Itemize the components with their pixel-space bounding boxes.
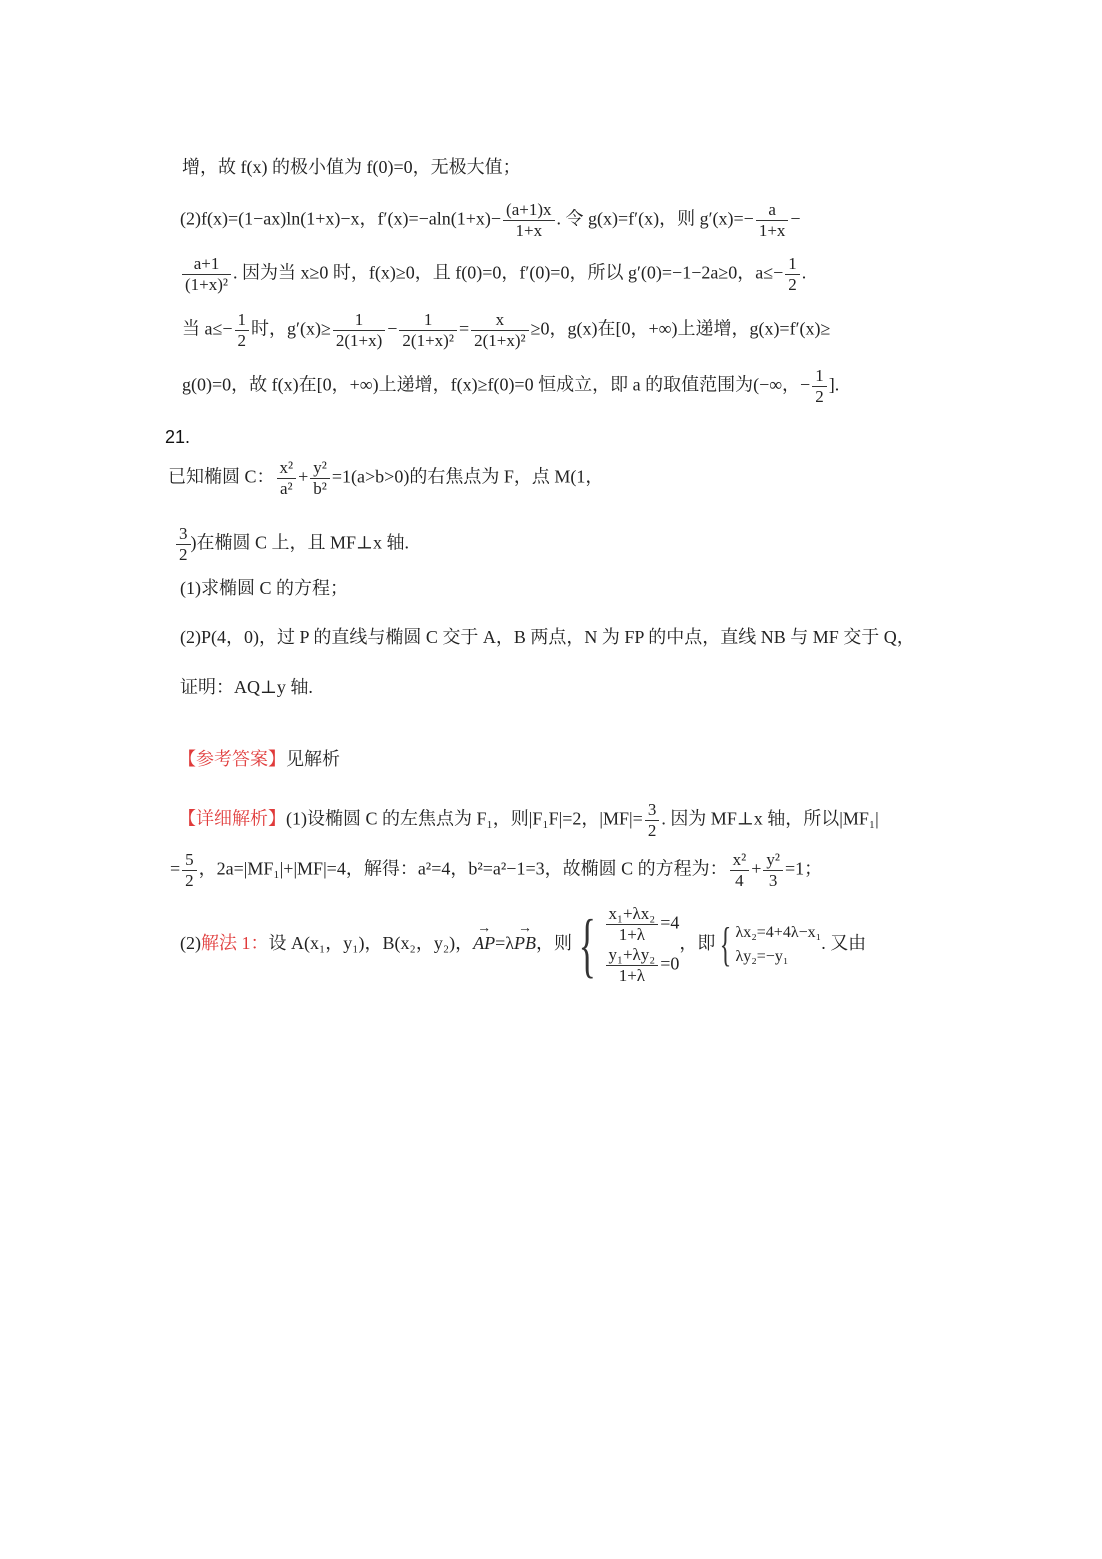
fraction: 12 bbox=[812, 366, 827, 407]
analysis-method-1: (2)解法 1：设 A(x₁，y₁)，B(x₂，y₂)，AP=λPB，则 { x… bbox=[180, 904, 866, 986]
solution-line-2: (2)f(x)=(1−ax)ln(1+x)−x，f′(x)=−aln(1+x)−… bbox=[180, 200, 801, 241]
question-stem-line-1: 已知椭圆 C：x²a²+y²b²=1(a>b>0)的右焦点为 F，点 M(1， bbox=[168, 458, 603, 499]
solution-line-4: 当 a≤−12时，g′(x)≥12(1+x)−12(1+x)²=x2(1+x)²… bbox=[182, 310, 830, 351]
fraction: a+1(1+x)² bbox=[182, 254, 231, 295]
question-part-1: (1)求椭圆 C 的方程； bbox=[180, 577, 348, 599]
fraction: 12(1+x)² bbox=[399, 310, 457, 351]
question-part-2-line-1: (2)P(4，0)，过 P 的直线与椭圆 C 交于 A，B 两点，N 为 FP … bbox=[180, 626, 915, 648]
fraction: (a+1)x1+x bbox=[503, 200, 554, 241]
fraction: 32 bbox=[176, 524, 191, 565]
fraction: y²3 bbox=[763, 850, 783, 891]
text: (2)f(x)=(1−ax)ln(1+x)−x，f′(x)=−aln(1+x)− bbox=[180, 209, 501, 229]
analysis-line-2: =52，2a=|MF₁|+|MF|=4，解得：a²=4，b²=a²−1=3，故椭… bbox=[170, 850, 822, 891]
question-number: 21. bbox=[165, 426, 190, 448]
solution-line-1: 增，故 f(x) 的极小值为 f(0)=0，无极大值； bbox=[182, 156, 521, 178]
vector-pb: PB bbox=[514, 932, 536, 954]
fraction: a1+x bbox=[756, 200, 789, 241]
fraction: 12 bbox=[235, 310, 250, 351]
left-brace: { bbox=[720, 921, 732, 969]
left-brace: { bbox=[579, 909, 596, 981]
equation-system-1: x₁+λx₂1+λ=4 y₁+λy₂1+λ=0 bbox=[604, 904, 680, 986]
method-label: 解法 1： bbox=[201, 933, 269, 953]
analysis-label: 【详细解析】 bbox=[178, 809, 286, 829]
equation-system-2: λx₂=4+4λ−x₁ λy₂=−y₁ bbox=[735, 921, 821, 969]
fraction: 52 bbox=[182, 850, 197, 891]
solution-line-3: a+1(1+x)². 因为当 x≥0 时，f(x)≥0，且 f(0)=0，f′(… bbox=[180, 254, 806, 295]
reference-answer-label: 【参考答案】 bbox=[178, 749, 286, 769]
fraction: x2(1+x)² bbox=[471, 310, 529, 351]
analysis-line-1: 【详细解析】(1)设椭圆 C 的左焦点为 F₁，则|F₁F|=2，|MF|=32… bbox=[178, 800, 879, 841]
solution-line-5: g(0)=0，故 f(x)在[0，+∞)上递增，f(x)≥f(0)=0 恒成立，… bbox=[182, 366, 839, 407]
reference-answer: 【参考答案】见解析 bbox=[178, 748, 340, 770]
fraction: 32 bbox=[645, 800, 660, 841]
fraction: y²b² bbox=[310, 458, 330, 499]
fraction: x²4 bbox=[730, 850, 750, 891]
fraction: 12(1+x) bbox=[333, 310, 385, 351]
reference-answer-text: 见解析 bbox=[286, 749, 340, 769]
vector-ap: AP bbox=[473, 932, 495, 954]
question-part-2-line-2: 证明：AQ⊥y 轴. bbox=[180, 676, 313, 698]
fraction: x²a² bbox=[277, 458, 297, 499]
question-stem-line-2: 32)在椭圆 C 上，且 MF⊥x 轴. bbox=[176, 524, 409, 565]
fraction: 12 bbox=[785, 254, 800, 295]
